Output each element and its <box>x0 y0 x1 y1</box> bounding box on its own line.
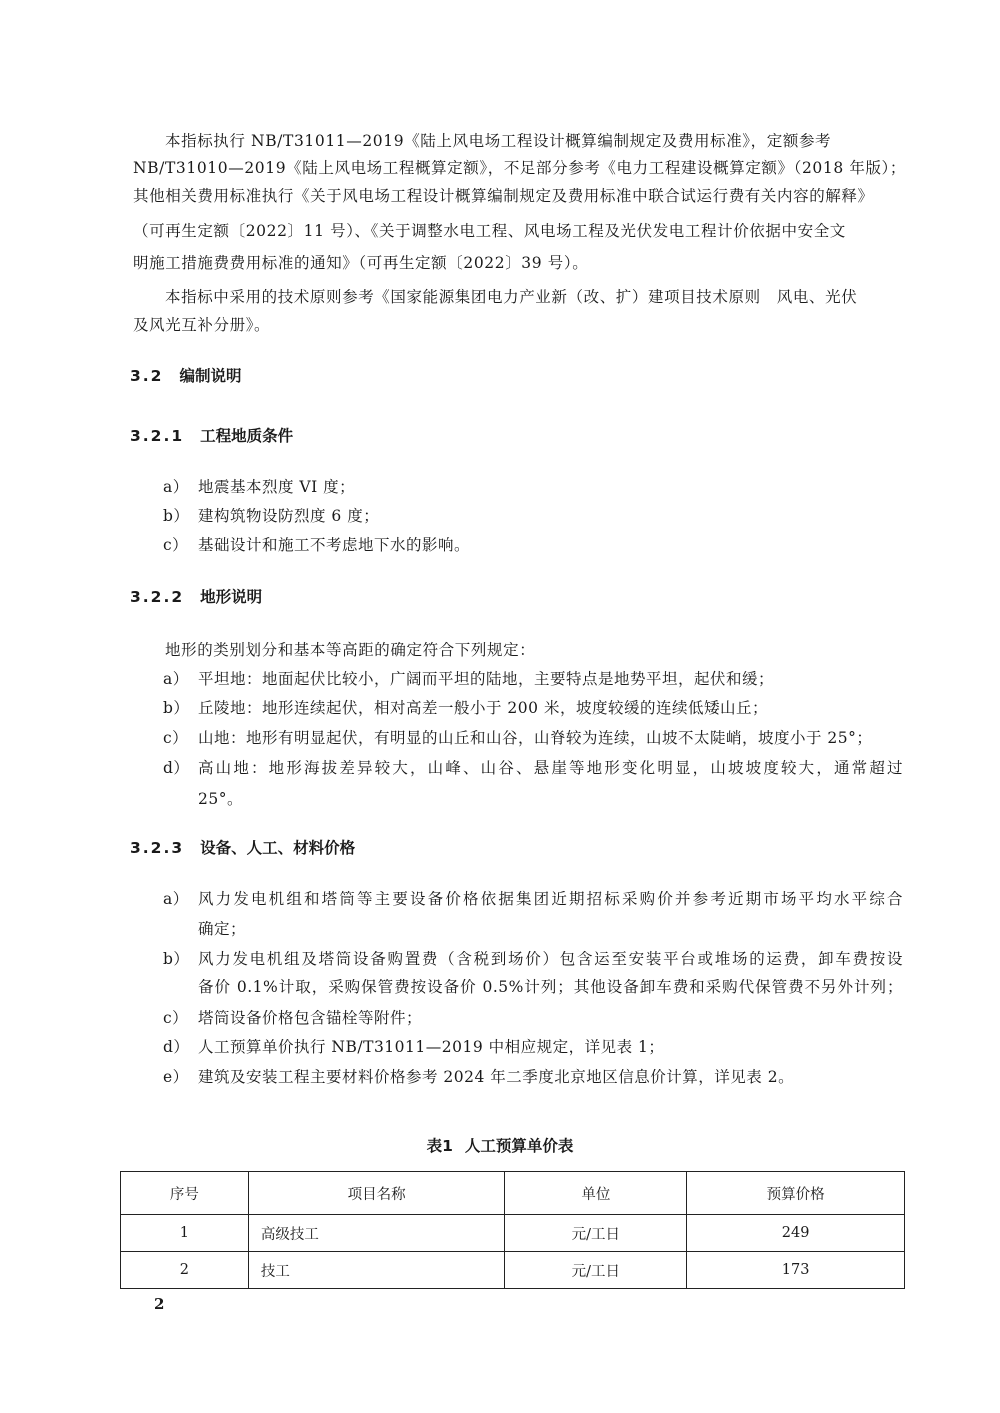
list-label: b） <box>163 698 197 718</box>
section-number: 3.2.3 <box>130 838 184 858</box>
list-text: 人工预算单价执行 NB/T31011—2019 中相应规定，详见表 1； <box>198 1037 664 1057</box>
section-number: 3.2.2 <box>130 587 184 607</box>
list-label: c） <box>163 728 197 748</box>
list-label: c） <box>163 535 197 555</box>
list-continuation: 确定； <box>198 919 246 939</box>
table-number: 表1 <box>427 1137 453 1155</box>
list-text: 塔筒设备价格包含锚栓等附件； <box>198 1008 422 1028</box>
section-title: 地形说明 <box>200 588 262 606</box>
list-label: c） <box>163 1008 197 1028</box>
intro-para1-line4: （可再生定额〔2022〕11 号）、《关于调整水电工程、风电场工程及光伏发电工程… <box>133 221 903 241</box>
header-item-name: 项目名称 <box>248 1172 505 1215</box>
list-text: 基础设计和施工不考虑地下水的影响。 <box>198 535 470 555</box>
section-heading-3-2-1: 3.2.1工程地质条件 <box>130 426 293 446</box>
cell-item-name: 技工 <box>248 1252 505 1289</box>
intro-para1-line1: 本指标执行 NB/T31011—2019《陆上风电场工程设计概算编制规定及费用标… <box>133 131 903 151</box>
header-unit: 单位 <box>505 1172 687 1215</box>
list-text: 平坦地：地面起伏比较小，广阔而平坦的陆地，主要特点是地势平坦，起伏和缓； <box>198 669 774 689</box>
section-title: 设备、人工、材料价格 <box>200 839 355 857</box>
cell-unit: 元/工日 <box>505 1215 687 1252</box>
header-index: 序号 <box>121 1172 249 1215</box>
table-caption: 表1人工预算单价表 <box>0 1136 1000 1156</box>
section-heading-3-2-3: 3.2.3设备、人工、材料价格 <box>130 838 355 858</box>
list-text: 丘陵地：地形连续起伏，相对高差一般小于 200 米，坡度较缓的连续低矮山丘； <box>198 698 768 718</box>
cell-item-name: 高级技工 <box>248 1215 505 1252</box>
list-text: 建筑及安装工程主要材料价格参考 2024 年二季度北京地区信息价计算，详见表 2… <box>198 1067 794 1087</box>
list-label: d） <box>163 1037 197 1057</box>
document-page: 本指标执行 NB/T31011—2019《陆上风电场工程设计概算编制规定及费用标… <box>0 0 1000 1413</box>
list-label: a） <box>163 669 197 689</box>
table-header-row: 序号 项目名称 单位 预算价格 <box>121 1172 905 1215</box>
list-text: 风力发电机组及塔筒设备购置费（含税到场价）包含运至安装平台或堆场的运费，卸车费按… <box>198 949 903 969</box>
list-label: b） <box>163 949 197 969</box>
list-text: 高山地：地形海拔差异较大，山峰、山谷、悬崖等地形变化明显，山坡坡度较大，通常超过 <box>198 758 903 778</box>
section-heading-3-2: 3.2编制说明 <box>130 366 241 386</box>
table-title: 人工预算单价表 <box>465 1137 574 1155</box>
list-label: b） <box>163 506 197 526</box>
section-title: 编制说明 <box>179 367 241 385</box>
list-label: e） <box>163 1067 197 1087</box>
cell-budget-price: 173 <box>687 1252 905 1289</box>
cell-index: 1 <box>121 1215 249 1252</box>
list-label: d） <box>163 758 197 778</box>
page-number: 2 <box>154 1295 164 1313</box>
section-number: 3.2.1 <box>130 426 184 446</box>
table-row: 2 技工 元/工日 173 <box>121 1252 905 1289</box>
section-number: 3.2 <box>130 366 163 386</box>
header-budget-price: 预算价格 <box>687 1172 905 1215</box>
cell-budget-price: 249 <box>687 1215 905 1252</box>
list-continuation: 备价 0.1%计取，采购保管费按设备价 0.5%计列；其他设备卸车费和采购代保管… <box>198 977 903 997</box>
intro-para1-line2: NB/T31010—2019《陆上风电场工程概算定额》，不足部分参考《电力工程建… <box>133 158 903 178</box>
labor-price-table: 序号 项目名称 单位 预算价格 1 高级技工 元/工日 249 2 技工 元/工… <box>120 1171 905 1289</box>
section-title: 工程地质条件 <box>200 427 293 445</box>
list-label: a） <box>163 477 197 497</box>
list-text: 地震基本烈度 VI 度； <box>198 477 355 497</box>
list-text: 山地：地形有明显起伏，有明显的山丘和山谷，山脊较为连续，山坡不太陡峭，坡度小于 … <box>198 728 872 748</box>
cell-index: 2 <box>121 1252 249 1289</box>
section-heading-3-2-2: 3.2.2地形说明 <box>130 587 262 607</box>
intro-para1-line3: 其他相关费用标准执行《关于风电场工程设计概算编制规定及费用标准中联合试运行费有关… <box>133 186 903 206</box>
intro-para2-line1: 本指标中采用的技术原则参考《国家能源集团电力产业新（改、扩）建项目技术原则 风电… <box>133 287 903 307</box>
list-label: a） <box>163 889 197 909</box>
list-text: 建构筑物设防烈度 6 度； <box>198 506 379 526</box>
terrain-intro: 地形的类别划分和基本等高距的确定符合下列规定： <box>165 640 535 660</box>
intro-para1-line5: 明施工措施费费用标准的通知》（可再生定额〔2022〕39 号）。 <box>133 253 903 273</box>
intro-para2-line2: 及风光互补分册》。 <box>133 315 903 335</box>
cell-unit: 元/工日 <box>505 1252 687 1289</box>
table-row: 1 高级技工 元/工日 249 <box>121 1215 905 1252</box>
list-continuation: 25°。 <box>198 789 243 809</box>
list-text: 风力发电机组和塔筒等主要设备价格依据集团近期招标采购价并参考近期市场平均水平综合 <box>198 889 903 909</box>
